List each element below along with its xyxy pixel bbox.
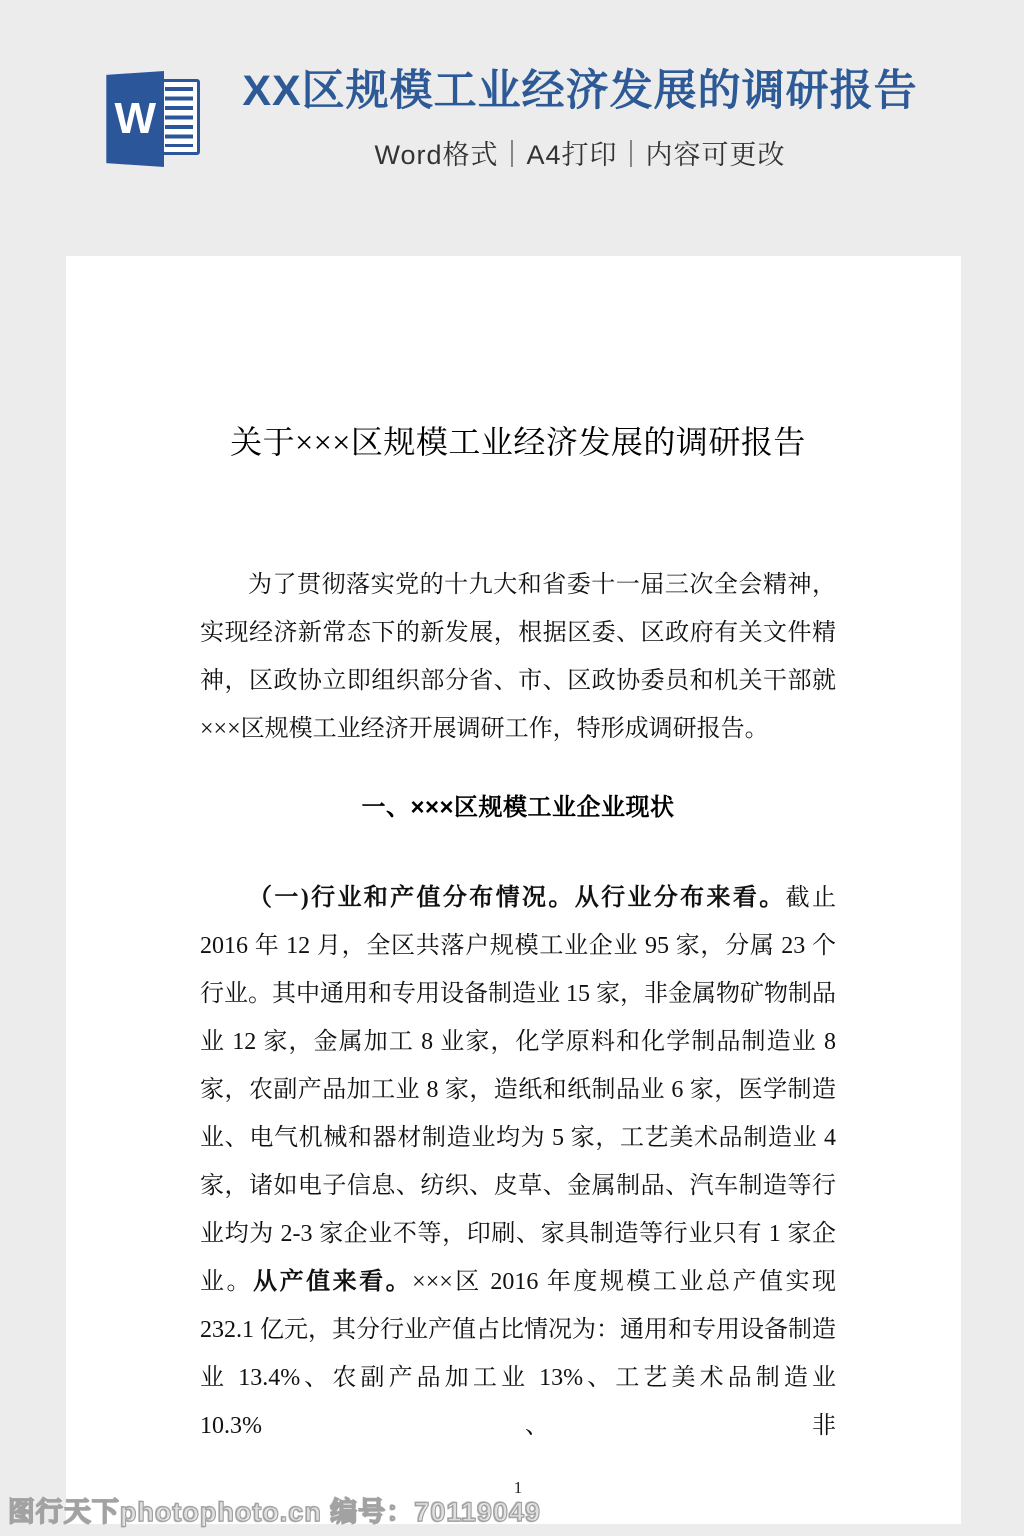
word-icon: W	[106, 71, 200, 167]
document-paragraph-intro: 为了贯彻落实党的十九大和省委十一届三次全会精神，实现经济新常态下的新发展，根据区…	[200, 561, 836, 753]
bold-lead-segment: （一)行业和产值分布情况。从行业分布来看。	[248, 885, 786, 911]
word-icon-page-lines	[165, 87, 193, 147]
word-icon-letter: W	[115, 97, 157, 141]
document-section-heading: 一、×××区规模工业企业现状	[200, 784, 836, 832]
document-paragraph-body: （一)行业和产值分布情况。从行业分布来看。截止 2016 年 12 月，全区共落…	[200, 874, 836, 1450]
document-title: 关于×××区规模工业经济发展的调研报告	[200, 418, 836, 466]
document-sheet: 关于×××区规模工业经济发展的调研报告 为了贯彻落实党的十九大和省委十一届三次全…	[66, 256, 961, 1524]
template-subtitle: Word格式｜A4打印｜内容可更改	[374, 133, 785, 172]
site-watermark: 图行天下photophoto.cn 编号：70119049	[8, 1490, 541, 1529]
template-preview-canvas: W XX区规模工业经济发展的调研报告 Word格式｜A4打印｜内容可更改 关于×…	[0, 0, 1024, 1536]
header-text-block: XX区规模工业经济发展的调研报告 Word格式｜A4打印｜内容可更改	[242, 68, 917, 172]
body-segment: 截止 2016 年 12 月，全区共落户规模工业企业 95 家，分属 23 个行…	[200, 885, 836, 1295]
template-title: XX区规模工业经济发展的调研报告	[242, 68, 917, 115]
word-icon-panel: W	[106, 71, 164, 167]
bold-mid-segment: 从产值来看。	[253, 1269, 412, 1295]
preview-header: W XX区规模工业经济发展的调研报告 Word格式｜A4打印｜内容可更改	[0, 0, 1024, 256]
word-icon-page	[158, 79, 200, 155]
